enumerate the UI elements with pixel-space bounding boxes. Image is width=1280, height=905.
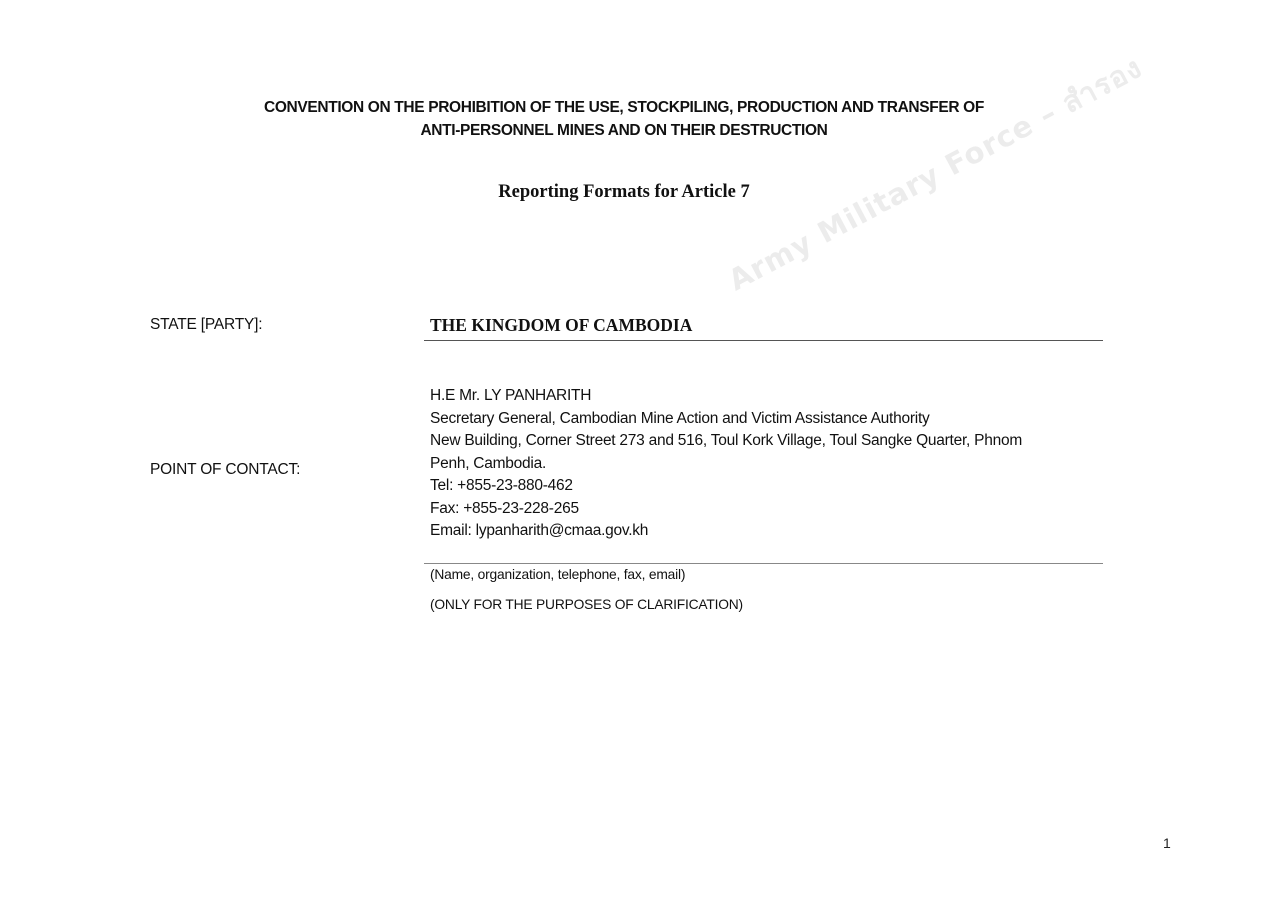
point-of-contact-underline: [424, 563, 1103, 564]
point-of-contact-details: H.E Mr. LY PANHARITH Secretary General, …: [430, 385, 1120, 543]
contact-title: Secretary General, Cambodian Mine Action…: [430, 408, 1120, 431]
contact-telephone: Tel: +855-23-880-462: [430, 475, 1120, 498]
point-of-contact-label: POINT OF CONTACT:: [150, 460, 300, 480]
convention-title-line-1: CONVENTION ON THE PROHIBITION OF THE USE…: [0, 96, 1248, 119]
contact-field-hint: (Name, organization, telephone, fax, ema…: [430, 566, 685, 584]
convention-title-line-2: ANTI-PERSONNEL MINES AND ON THEIR DESTRU…: [0, 119, 1248, 142]
report-subtitle: Reporting Formats for Article 7: [0, 181, 1248, 203]
convention-title: CONVENTION ON THE PROHIBITION OF THE USE…: [0, 96, 1248, 142]
contact-name: H.E Mr. LY PANHARITH: [430, 385, 1120, 408]
state-party-underline: [424, 340, 1103, 341]
contact-address-line-2: Penh, Cambodia.: [430, 453, 1120, 476]
contact-fax: Fax: +855-23-228-265: [430, 498, 1120, 521]
clarification-note: (ONLY FOR THE PURPOSES OF CLARIFICATION): [430, 596, 743, 614]
state-party-value: THE KINGDOM OF CAMBODIA: [430, 314, 692, 336]
contact-address-line-1: New Building, Corner Street 273 and 516,…: [430, 430, 1120, 453]
page-number: 1: [1163, 834, 1171, 852]
watermark-text: Army Military Force – สำรอง: [720, 45, 1150, 303]
contact-email: Email: lypanharith@cmaa.gov.kh: [430, 520, 1120, 543]
state-party-label: STATE [PARTY]:: [150, 315, 262, 335]
